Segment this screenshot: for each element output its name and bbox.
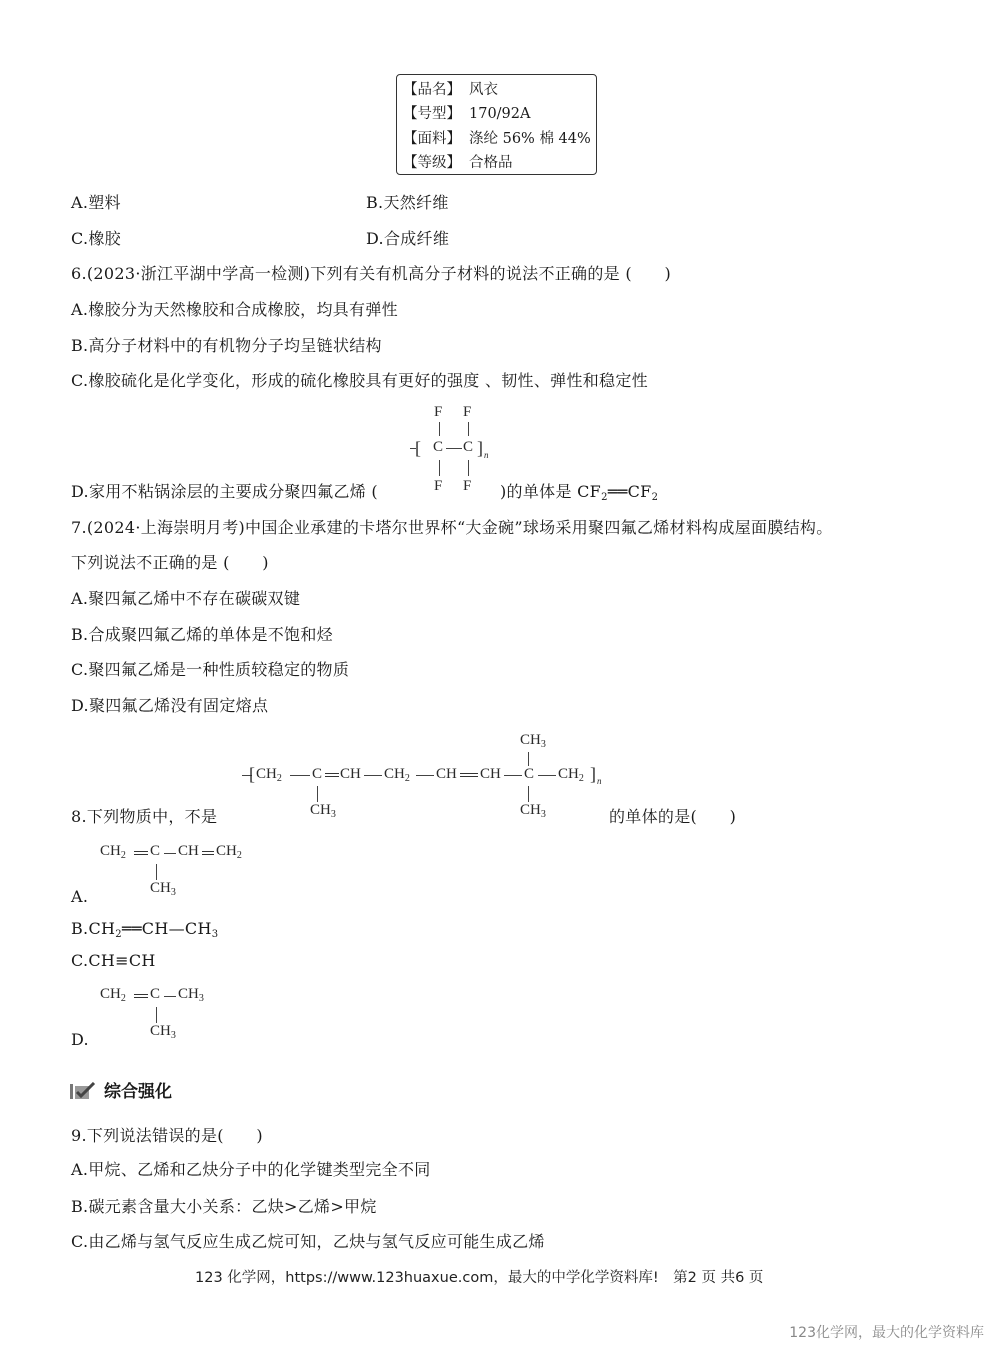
chain-c: C — [524, 766, 534, 783]
q5-option-b: B.天然纤维 — [366, 193, 449, 213]
q7-option-b: B.合成聚四氟乙烯的单体是不饱和烃 — [71, 625, 333, 645]
q8-stem-prefix: 8.下列物质中，不是 — [71, 807, 217, 827]
q6-option-a: A.橡胶分为天然橡胶和合成橡胶，均具有弹性 — [71, 300, 398, 320]
label-key: 【面料】 — [403, 130, 469, 148]
methyl-top: CH3 — [520, 732, 546, 749]
label-row-size: 【号型】170/92A — [403, 105, 530, 123]
bond — [164, 996, 176, 997]
q5-option-c: C.橡胶 — [71, 229, 121, 249]
atom-f: F — [463, 478, 471, 495]
q8-stem-suffix: 的单体的是( ) — [609, 807, 736, 827]
double-bond — [134, 994, 148, 998]
bond — [468, 460, 469, 476]
chain-ch2: CH2 — [558, 766, 584, 783]
q9-option-a: A.甲烷、乙烯和乙炔分子中的化学键类型完全不同 — [71, 1160, 431, 1180]
section-heading: 综合强化 — [70, 1077, 172, 1105]
bond — [290, 775, 310, 776]
q7-option-c: C.聚四氟乙烯是一种性质较稳定的物质 — [71, 660, 349, 680]
bond — [364, 775, 382, 776]
chain-ch: CH — [436, 766, 457, 783]
chain-ch: CH — [480, 766, 501, 783]
bond — [446, 448, 462, 449]
q7-stem-line1: 7.(2024·上海崇明月考)中国企业承建的卡塔尔世界杯“大金碗”球场采用聚四氟… — [71, 518, 833, 538]
bond — [164, 853, 176, 854]
bond — [439, 460, 440, 476]
double-bond — [460, 773, 478, 777]
text: )的单体是 CF — [500, 482, 601, 501]
label-row-grade: 【等级】合格品 — [403, 154, 513, 172]
repeat-n: n — [484, 450, 489, 460]
bond — [528, 752, 529, 766]
double-bond — [134, 851, 148, 855]
bond — [528, 786, 529, 802]
q7-option-d: D.聚四氟乙烯没有固定熔点 — [71, 696, 268, 716]
q7-stem-line2: 下列说法不正确的是 ( ) — [71, 553, 269, 573]
bracket-left: [ — [415, 438, 421, 459]
label-row-name: 【品名】风衣 — [403, 81, 498, 99]
atom-f: F — [463, 404, 471, 421]
bond — [156, 1007, 157, 1023]
chain-ch: CH — [340, 766, 361, 783]
bracket-right: ] — [477, 438, 483, 459]
atom-f: F — [434, 478, 442, 495]
q6-stem: 6.(2023·浙江平湖中学高一检测)下列有关有机高分子材料的说法不正确的是 (… — [71, 264, 671, 284]
chain-c: C — [312, 766, 322, 783]
bond — [156, 864, 157, 880]
label-key: 【号型】 — [403, 105, 469, 123]
q9-option-b: B.碳元素含量大小关系：乙炔>乙烯>甲烷 — [71, 1197, 377, 1217]
atom-c: C — [463, 439, 473, 456]
q8-option-a-label: A. — [71, 887, 88, 907]
subscript: 2 — [652, 492, 659, 503]
methyl-bottom-right: CH3 — [520, 802, 546, 819]
q6-option-c: C.橡胶硫化是化学变化，形成的硫化橡胶具有更好的强度 、韧性、弹性和稳定性 — [71, 371, 648, 391]
checkbox-icon — [70, 1082, 96, 1105]
atom-f: F — [434, 404, 442, 421]
q8-option-a-formula: CH2 C CH CH2 CH3 — [100, 843, 260, 903]
label-value: 风衣 — [469, 82, 498, 98]
q5-option-a: A.塑料 — [71, 193, 121, 213]
label-row-fabric: 【面料】涤纶 56% 棉 44% — [403, 130, 591, 148]
atom-c: C — [433, 439, 443, 456]
label-key: 【等级】 — [403, 154, 469, 172]
q6-option-d-prefix: D.家用不粘锅涂层的主要成分聚四氟乙烯 ( — [71, 482, 378, 502]
q8-option-c: C.CH≡CH — [71, 951, 156, 971]
text: ══CF — [608, 482, 652, 501]
label-key: 【品名】 — [403, 81, 469, 99]
watermark: 123化学网，最大的化学资料库 — [789, 1322, 984, 1342]
bracket-left: [ — [249, 764, 255, 785]
section-title: 综合强化 — [104, 1082, 172, 1102]
q7-option-a: A.聚四氟乙烯中不存在碳碳双键 — [71, 589, 300, 609]
bond — [538, 775, 556, 776]
polymer-structure: CH3 [ CH2 C CH CH2 CH CH C CH2 ] n CH3 C… — [240, 732, 610, 824]
chain-ch2: CH2 — [256, 766, 282, 783]
q8-option-d-label: D. — [71, 1030, 89, 1050]
clothing-label-card: 【品名】风衣 【号型】170/92A 【面料】涤纶 56% 棉 44% 【等级】… — [396, 74, 597, 175]
repeat-n: n — [597, 776, 602, 786]
label-value: 170/92A — [469, 106, 530, 122]
q6-option-d-suffix: )的单体是 CF2══CF2 — [500, 482, 658, 502]
double-bond — [202, 851, 214, 855]
label-value: 合格品 — [469, 155, 513, 171]
q9-option-c: C.由乙烯与氢气反应生成乙烷可知，乙炔与氢气反应可能生成乙烯 — [71, 1232, 545, 1252]
bond — [468, 422, 469, 436]
methyl-bottom-left: CH3 — [310, 802, 336, 819]
chain-ch2: CH2 — [384, 766, 410, 783]
bond — [416, 775, 434, 776]
q5-option-d: D.合成纤维 — [366, 229, 449, 249]
label-value: 涤纶 56% 棉 44% — [469, 131, 591, 147]
page-footer: 123 化学网，https://www.123huaxue.com，最大的中学化… — [195, 1266, 763, 1287]
bracket-right: ] — [590, 764, 596, 785]
q8-option-b: B.CH2══CH—CH3 — [71, 919, 218, 939]
double-bond — [325, 773, 339, 777]
bond — [317, 786, 318, 802]
subscript: 2 — [601, 492, 608, 503]
q8-option-d-formula: CH2 C CH3 CH3 — [100, 986, 240, 1046]
ptfe-structure: F F [ C C ] n F F — [410, 404, 505, 496]
bond — [439, 422, 440, 436]
q6-option-b: B.高分子材料中的有机物分子均呈链状结构 — [71, 336, 382, 356]
q9-stem: 9.下列说法错误的是( ) — [71, 1126, 263, 1146]
bond — [504, 775, 522, 776]
